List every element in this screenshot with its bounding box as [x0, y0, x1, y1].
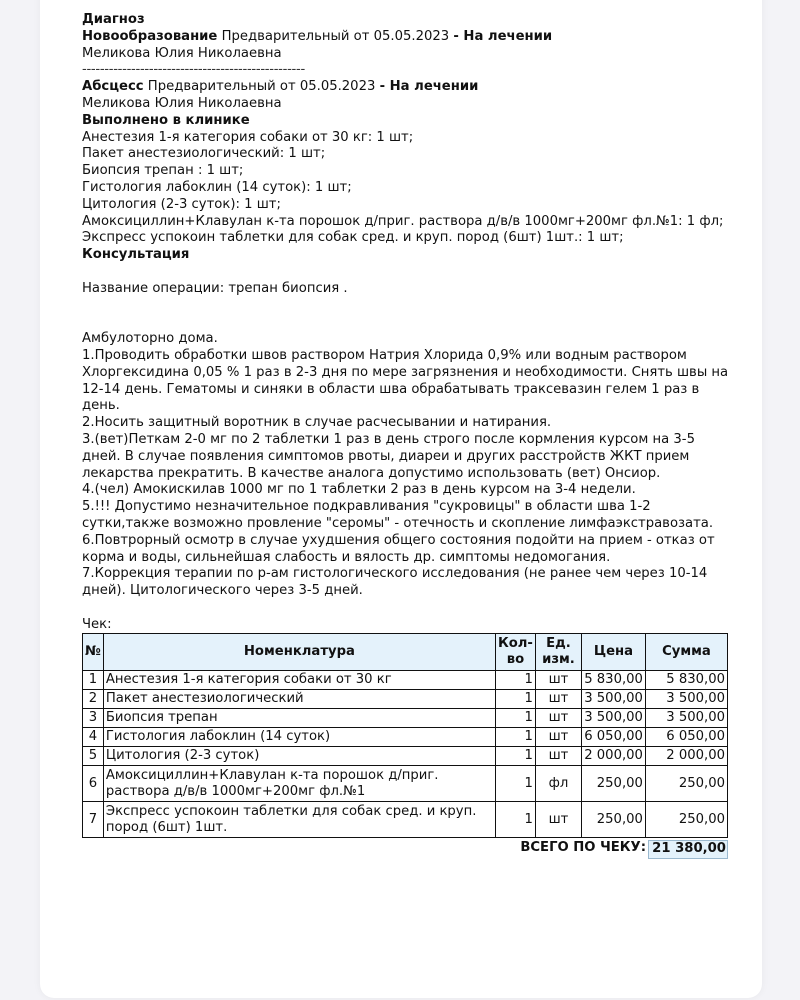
recommendation: 2.Носить защитный воротник в случае расч… [82, 415, 732, 432]
row-unit: шт [535, 709, 581, 728]
diagnosis-name: Новообразование [82, 29, 217, 44]
row-qty: 1 [495, 747, 535, 766]
row-name: Пакет анестезиологический [103, 690, 495, 709]
check-label: Чек: [82, 617, 732, 634]
row-price: 3 500,00 [581, 709, 645, 728]
recommendation: 6.Повтрорный осмотр в случае ухудшения о… [82, 533, 732, 567]
recommendation: 7.Коррекция терапии по р-ам гистологичес… [82, 566, 732, 600]
check-table: № Номенклатура Кол-во Ед. изм. Цена Сумм… [82, 633, 728, 838]
total-row: ВСЕГО ПО ЧЕКУ: 21 380,00 [82, 840, 728, 859]
row-number: 1 [83, 671, 104, 690]
row-name: Амоксициллин+Клавулан к-та порошок д/при… [103, 766, 495, 802]
column-header-name: Номенклатура [103, 634, 495, 671]
recommendation: 3.(вет)Петкам 2-0 мг по 2 таблетки 1 раз… [82, 432, 732, 482]
row-name: Цитология (2-3 суток) [103, 747, 495, 766]
recommendation: 4.(чел) Амокискилав 1000 мг по 1 таблетк… [82, 482, 732, 499]
row-sum: 3 500,00 [645, 709, 727, 728]
diagnosis-status: Предварительный от 05.05.2023 [148, 79, 376, 94]
performed-item: Биопсия трепан : 1 шт; [82, 163, 732, 180]
table-row: 3Биопсия трепан1шт3 500,003 500,00 [83, 709, 728, 728]
table-row: 4Гистология лабоклин (14 суток)1шт6 050,… [83, 728, 728, 747]
separator: ----------------------------------------… [82, 62, 732, 79]
diagnosis-heading: Диагноз [82, 12, 732, 29]
row-qty: 1 [495, 728, 535, 747]
row-unit: шт [535, 747, 581, 766]
recommendations: Амбулоторно дома. 1.Проводить обработки … [82, 331, 732, 600]
column-header-number: № [83, 634, 104, 671]
row-price: 2 000,00 [581, 747, 645, 766]
performed-item: Анестезия 1-я категория собаки от 30 кг:… [82, 130, 732, 147]
operation-name: Название операции: трепан биопсия . [82, 281, 732, 298]
diagnosis-entry: Новообразование Предварительный от 05.05… [82, 29, 732, 46]
table-row: 5Цитология (2-3 суток)1шт2 000,002 000,0… [83, 747, 728, 766]
performed-item: Экспресс успокоин таблетки для собак сре… [82, 230, 732, 247]
column-header-unit: Ед. изм. [535, 634, 581, 671]
consultation-heading: Консультация [82, 247, 732, 264]
column-header-sum: Сумма [645, 634, 727, 671]
diagnosis-name: Абсцесс [82, 79, 144, 94]
row-number: 7 [83, 802, 104, 838]
performed-heading: Выполнено в клинике [82, 113, 732, 130]
recommendation: 5.!!! Допустимо незначительное подкравли… [82, 499, 732, 533]
column-header-qty: Кол-во [495, 634, 535, 671]
performed-item: Цитология (2-3 суток): 1 шт; [82, 197, 732, 214]
row-unit: шт [535, 690, 581, 709]
table-row: 1Анестезия 1-я категория собаки от 30 кг… [83, 671, 728, 690]
row-number: 4 [83, 728, 104, 747]
row-price: 6 050,00 [581, 728, 645, 747]
diagnosis-status: Предварительный от 05.05.2023 [222, 29, 450, 44]
diagnosis-state: - На лечении [453, 29, 552, 44]
row-unit: шт [535, 728, 581, 747]
table-row: 2Пакет анестезиологический1шт3 500,003 5… [83, 690, 728, 709]
document-page: Диагноз Новообразование Предварительный … [40, 0, 762, 998]
performed-item: Амоксициллин+Клавулан к-та порошок д/при… [82, 214, 732, 231]
row-unit: фл [535, 766, 581, 802]
table-header-row: № Номенклатура Кол-во Ед. изм. Цена Сумм… [83, 634, 728, 671]
row-number: 5 [83, 747, 104, 766]
row-qty: 1 [495, 802, 535, 838]
row-name: Биопсия трепан [103, 709, 495, 728]
total-value: 21 380,00 [648, 840, 728, 859]
row-sum: 6 050,00 [645, 728, 727, 747]
diagnosis-doctor: Меликова Юлия Николаевна [82, 96, 732, 113]
diagnosis-doctor: Меликова Юлия Николаевна [82, 46, 732, 63]
row-price: 250,00 [581, 766, 645, 802]
row-qty: 1 [495, 709, 535, 728]
table-row: 7Экспресс успокоин таблетки для собак ср… [83, 802, 728, 838]
row-number: 6 [83, 766, 104, 802]
row-sum: 250,00 [645, 766, 727, 802]
row-unit: шт [535, 671, 581, 690]
performed-list: Анестезия 1-я категория собаки от 30 кг:… [82, 130, 732, 248]
diagnosis-entry: Абсцесс Предварительный от 05.05.2023 - … [82, 79, 732, 96]
row-sum: 5 830,00 [645, 671, 727, 690]
column-header-price: Цена [581, 634, 645, 671]
row-name: Гистология лабоклин (14 суток) [103, 728, 495, 747]
performed-item: Пакет анестезиологический: 1 шт; [82, 146, 732, 163]
row-sum: 3 500,00 [645, 690, 727, 709]
row-qty: 1 [495, 690, 535, 709]
table-row: 6Амоксициллин+Клавулан к-та порошок д/пр… [83, 766, 728, 802]
row-number: 3 [83, 709, 104, 728]
diagnosis-state: - На лечении [380, 79, 479, 94]
recommendation: 1.Проводить обработки швов раствором Нат… [82, 348, 732, 415]
row-unit: шт [535, 802, 581, 838]
row-price: 5 830,00 [581, 671, 645, 690]
row-sum: 250,00 [645, 802, 727, 838]
row-name: Экспресс успокоин таблетки для собак сре… [103, 802, 495, 838]
document-content: Диагноз Новообразование Предварительный … [82, 12, 732, 859]
row-number: 2 [83, 690, 104, 709]
row-price: 3 500,00 [581, 690, 645, 709]
total-label: ВСЕГО ПО ЧЕКУ: [520, 840, 646, 859]
row-sum: 2 000,00 [645, 747, 727, 766]
performed-item: Гистология лабоклин (14 суток): 1 шт; [82, 180, 732, 197]
row-qty: 1 [495, 671, 535, 690]
row-name: Анестезия 1-я категория собаки от 30 кг [103, 671, 495, 690]
row-price: 250,00 [581, 802, 645, 838]
recommendation: Амбулоторно дома. [82, 331, 732, 348]
row-qty: 1 [495, 766, 535, 802]
